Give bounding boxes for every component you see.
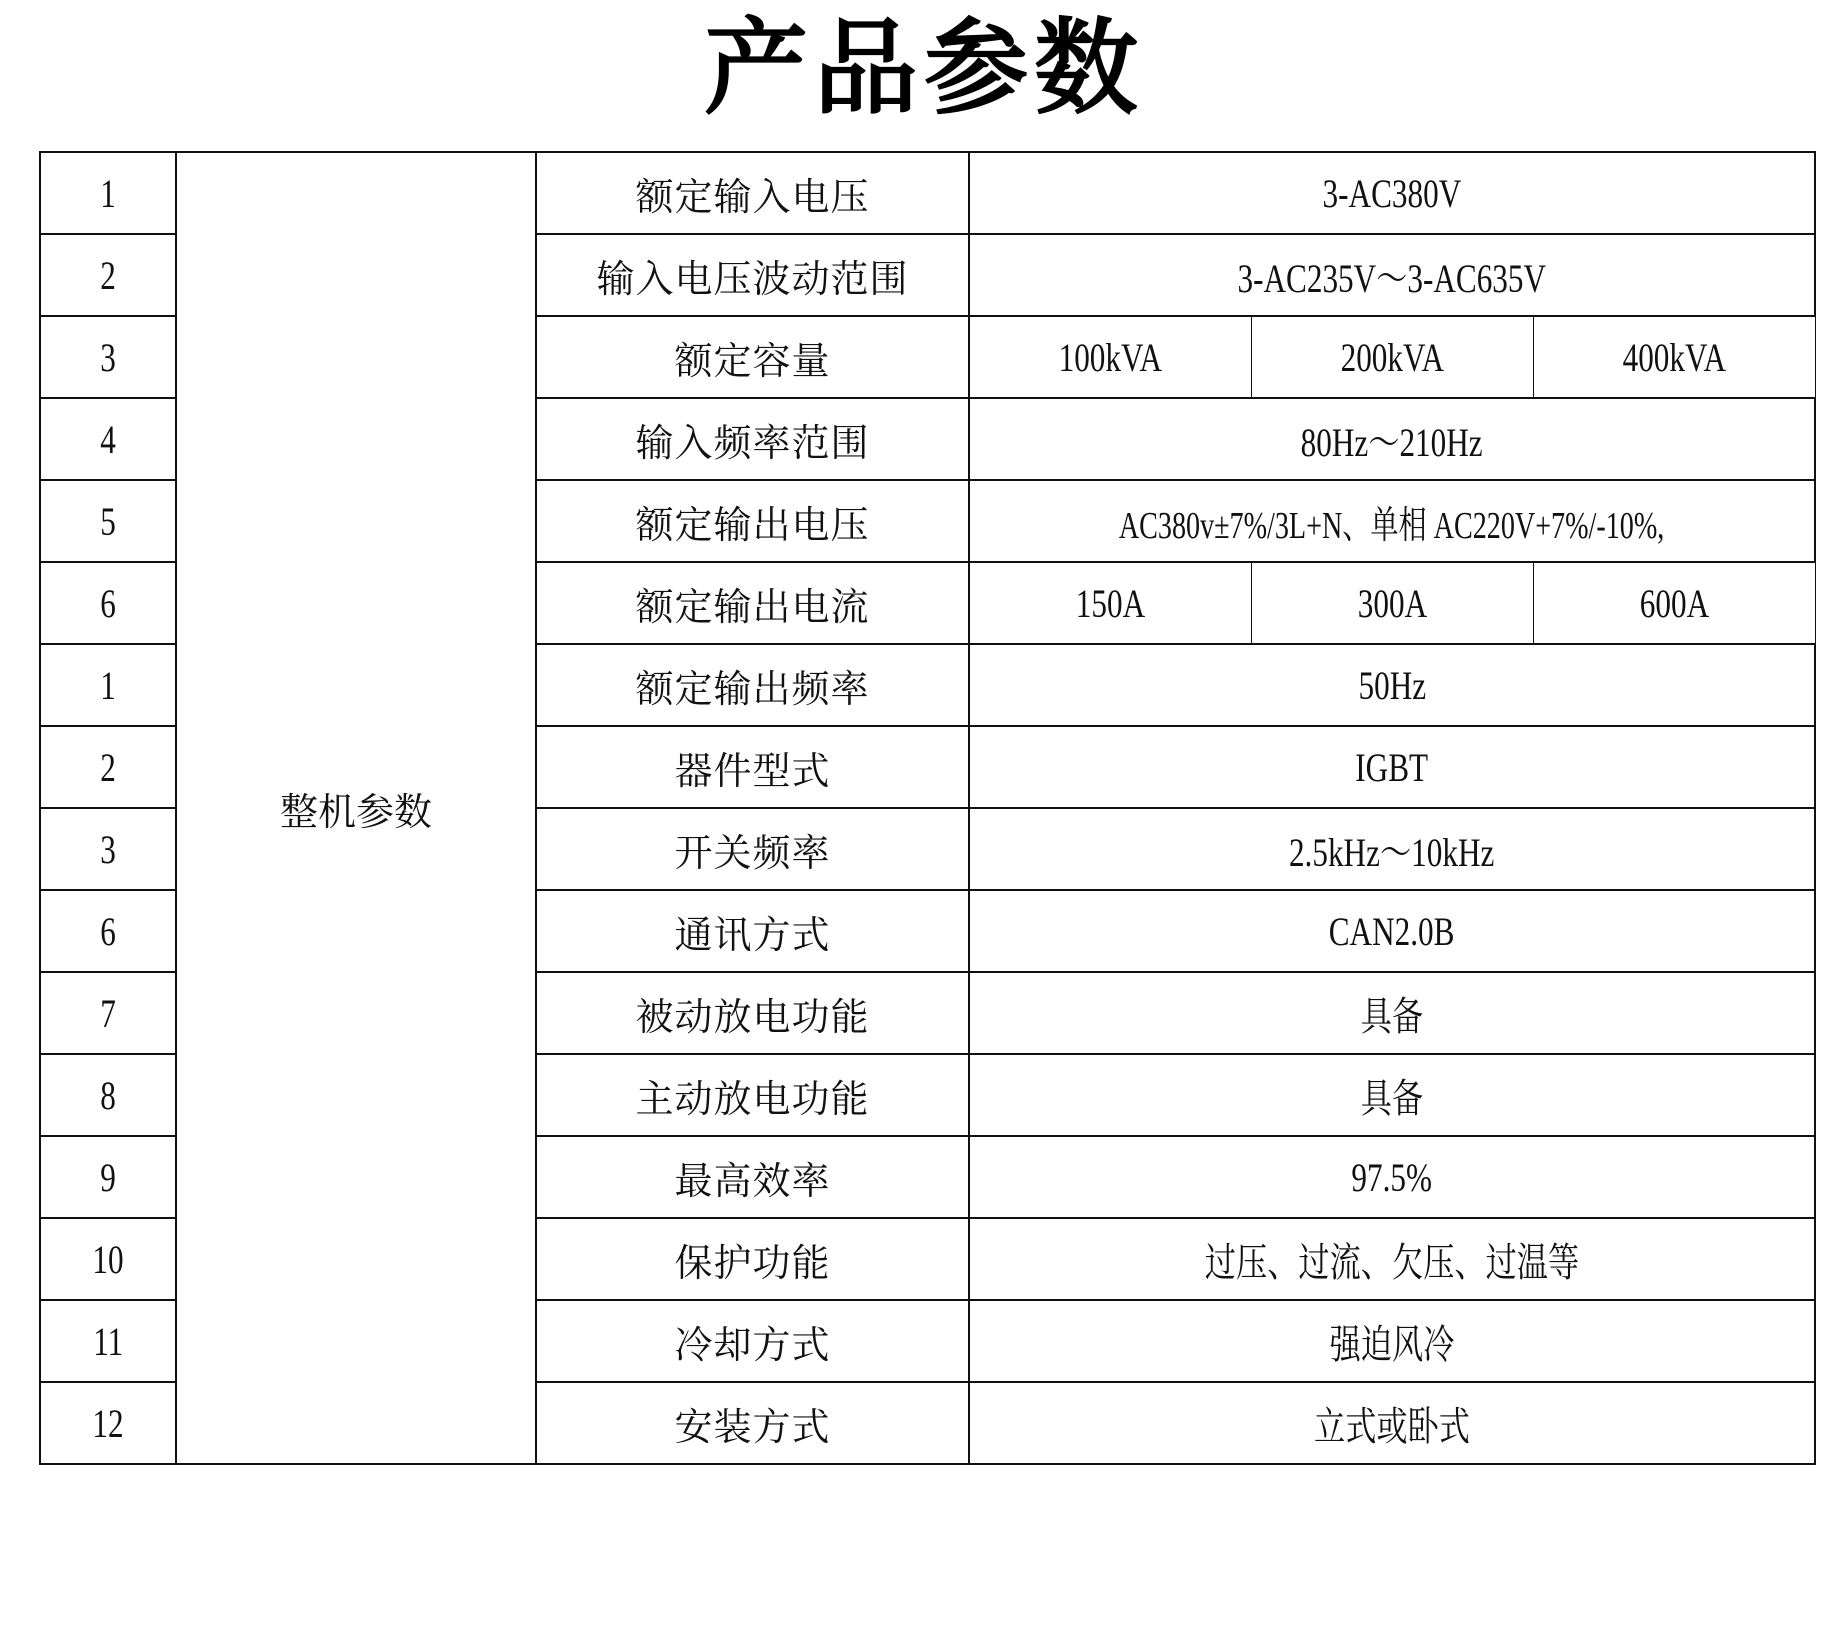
- row-number: 2: [40, 234, 176, 316]
- param-name: 额定容量: [536, 316, 969, 398]
- row-number: 6: [40, 562, 176, 644]
- param-value: AC380v±7%/3L+N、单相 AC220V+7%/-10%,: [969, 480, 1815, 562]
- table-row: 1 整机参数 额定输入电压 3-AC380V: [40, 152, 1815, 234]
- param-value: 过压、过流、欠压、过温等: [969, 1218, 1815, 1300]
- param-value-600a: 600A: [1533, 562, 1815, 644]
- param-name: 额定输出频率: [536, 644, 969, 726]
- param-name: 输入电压波动范围: [536, 234, 969, 316]
- param-value-400kva: 400kVA: [1533, 316, 1815, 398]
- param-value: CAN2.0B: [969, 890, 1815, 972]
- row-number: 7: [40, 972, 176, 1054]
- row-number: 11: [40, 1300, 176, 1382]
- param-value: 强迫风冷: [969, 1300, 1815, 1382]
- row-number: 1: [40, 152, 176, 234]
- param-name: 器件型式: [536, 726, 969, 808]
- param-value: 50Hz: [969, 644, 1815, 726]
- param-name: 开关频率: [536, 808, 969, 890]
- row-number: 5: [40, 480, 176, 562]
- param-value: 具备: [969, 972, 1815, 1054]
- page-title: 产品参数: [0, 8, 1848, 128]
- param-value: 3-AC235V～3-AC635V: [969, 234, 1815, 316]
- param-name: 额定输出电压: [536, 480, 969, 562]
- spec-table: 1 整机参数 额定输入电压 3-AC380V 2 输入电压波动范围 3-AC23…: [39, 151, 1816, 1465]
- param-name: 通讯方式: [536, 890, 969, 972]
- param-value-150a: 150A: [969, 562, 1251, 644]
- param-name: 冷却方式: [536, 1300, 969, 1382]
- param-name: 额定输入电压: [536, 152, 969, 234]
- param-value: 3-AC380V: [969, 152, 1815, 234]
- param-value: 立式或卧式: [969, 1382, 1815, 1464]
- row-number: 3: [40, 316, 176, 398]
- param-value-300a: 300A: [1251, 562, 1533, 644]
- row-number: 3: [40, 808, 176, 890]
- param-value: 80Hz～210Hz: [969, 398, 1815, 480]
- row-number: 2: [40, 726, 176, 808]
- group-label: 整机参数: [176, 152, 536, 1464]
- param-name: 被动放电功能: [536, 972, 969, 1054]
- param-value: 具备: [969, 1054, 1815, 1136]
- row-number: 12: [40, 1382, 176, 1464]
- row-number: 1: [40, 644, 176, 726]
- param-value: IGBT: [969, 726, 1815, 808]
- param-name: 输入频率范围: [536, 398, 969, 480]
- param-name: 额定输出电流: [536, 562, 969, 644]
- row-number: 10: [40, 1218, 176, 1300]
- param-value-100kva: 100kVA: [969, 316, 1251, 398]
- row-number: 9: [40, 1136, 176, 1218]
- param-name: 保护功能: [536, 1218, 969, 1300]
- param-name: 最高效率: [536, 1136, 969, 1218]
- row-number: 8: [40, 1054, 176, 1136]
- param-name: 安装方式: [536, 1382, 969, 1464]
- row-number: 6: [40, 890, 176, 972]
- param-name: 主动放电功能: [536, 1054, 969, 1136]
- param-value-200kva: 200kVA: [1251, 316, 1533, 398]
- param-value: 97.5%: [969, 1136, 1815, 1218]
- row-number: 4: [40, 398, 176, 480]
- param-value: 2.5kHz～10kHz: [969, 808, 1815, 890]
